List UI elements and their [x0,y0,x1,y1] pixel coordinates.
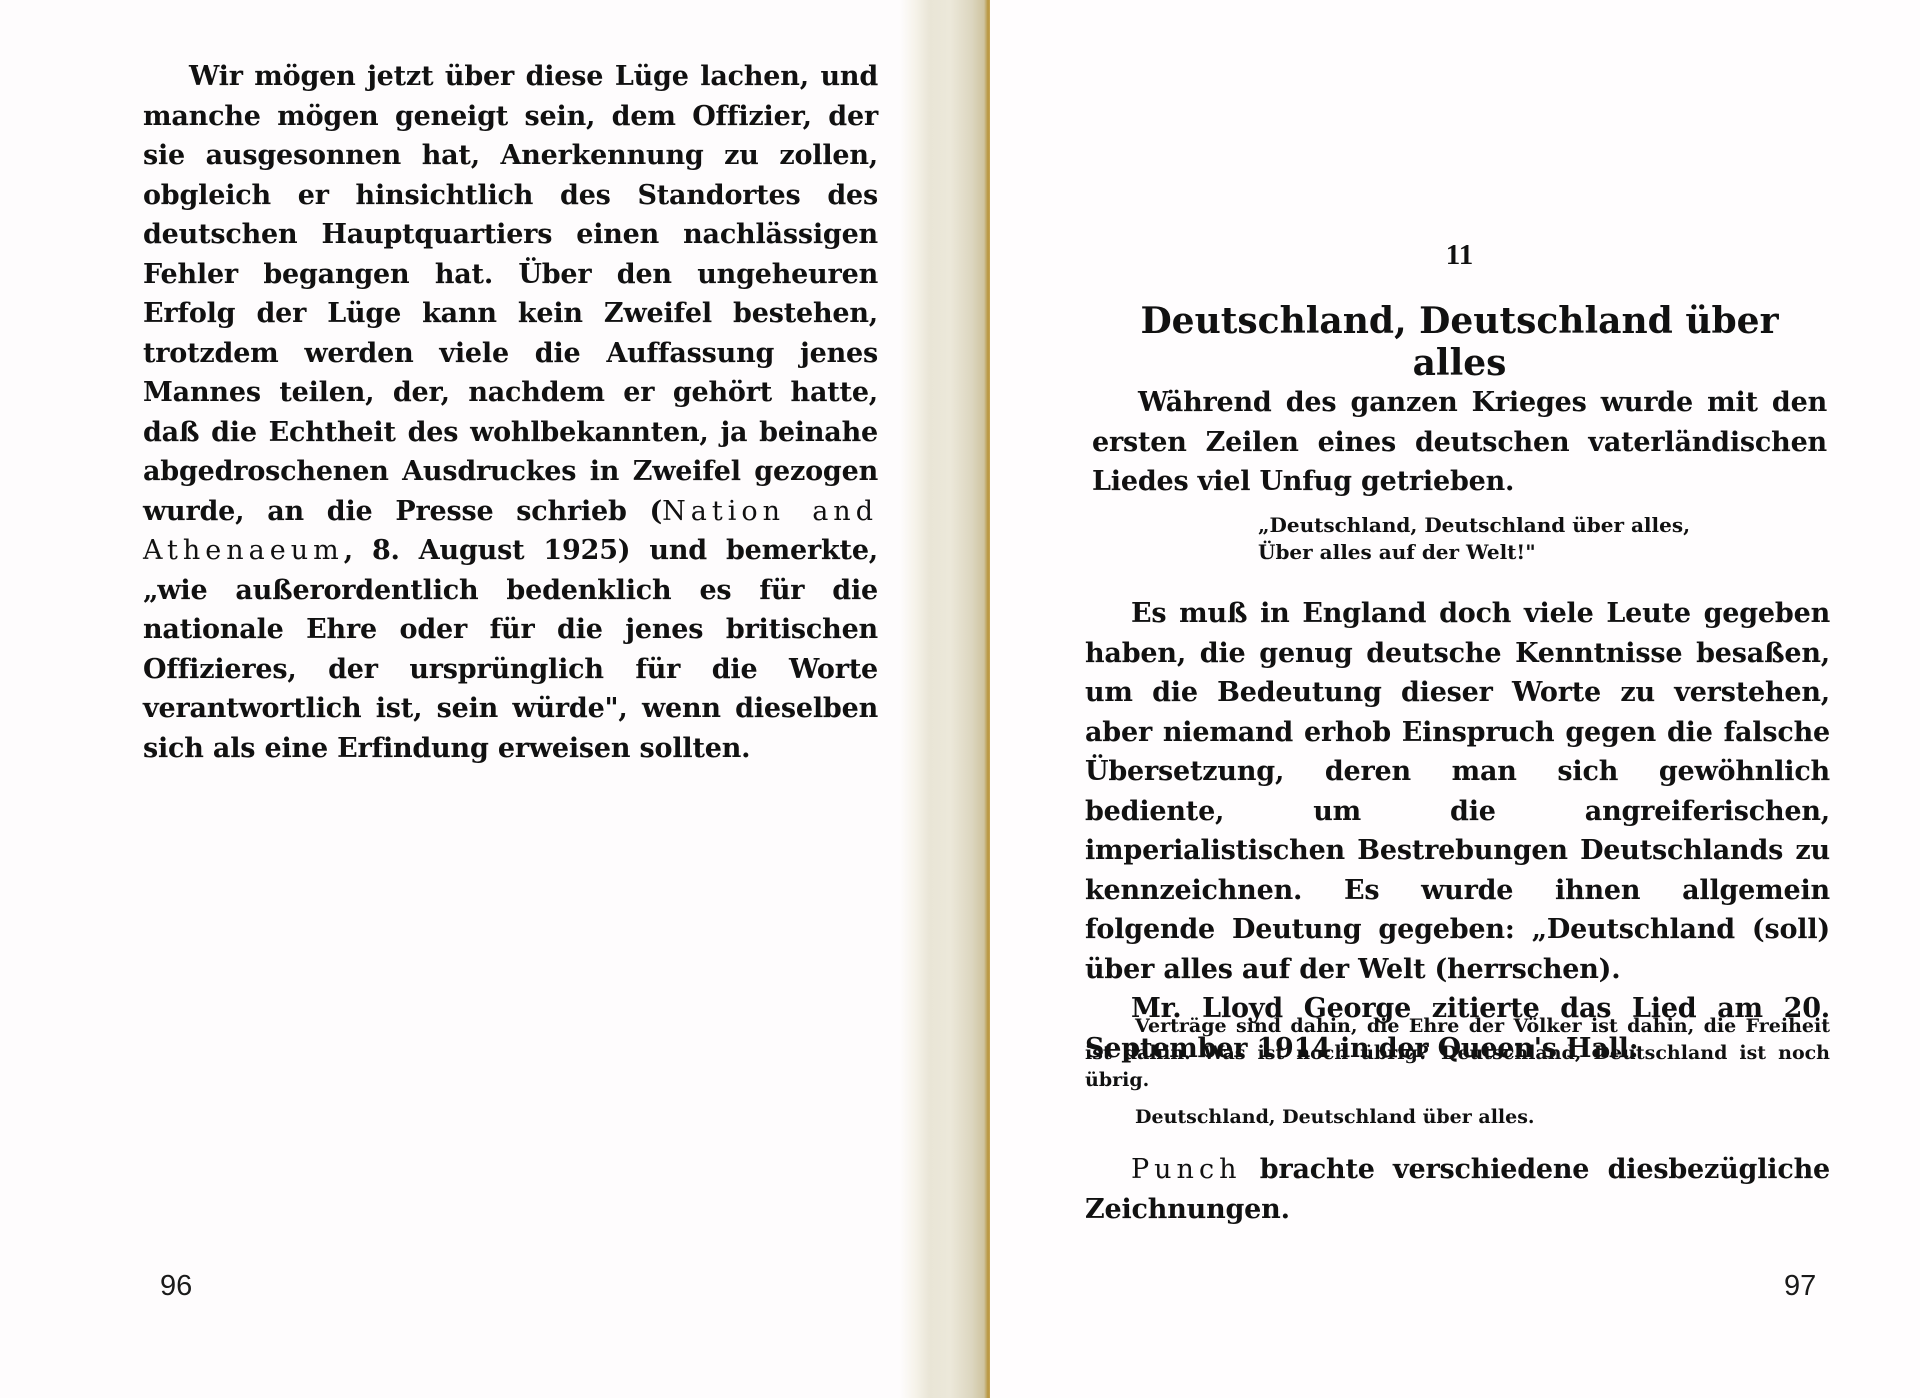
left-page-body: Wir mögen jetzt über diese Lüge lachen, … [143,57,878,768]
paragraph: Es muß in England doch viele Leute gegeb… [1085,594,1830,989]
book-spine [900,0,1000,1398]
publication-name: Punch [1131,1154,1241,1185]
page-number-right: 97 [1784,1270,1816,1303]
block-quote: Verträge sind dahin, die Ehre der Völker… [1085,1013,1830,1131]
paragraph: Punch brachte verschiedene diesbezüglich… [1085,1150,1830,1229]
left-page: Wir mögen jetzt über diese Lüge lachen, … [0,0,930,1398]
verse-line: Über alles auf der Welt!" [1258,539,1690,566]
paragraph: Wir mögen jetzt über diese Lüge lachen, … [143,57,878,768]
body-paragraphs: Es muß in England doch viele Leute gegeb… [1085,594,1830,1068]
quote-text: Verträge sind dahin, die Ehre der Völker… [1085,1013,1830,1094]
verse-line: „Deutschland, Deutschland über alles, [1258,512,1690,539]
chapter-title: Deutschland, Deutschland über alles [1092,300,1827,384]
quote-closing: Deutschland, Deutschland über alles. [1085,1104,1830,1131]
paragraph-text: Wir mögen jetzt über diese Lüge lachen, … [143,61,878,527]
page-number-left: 96 [160,1270,192,1303]
intro-paragraph-block: Während des ganzen Krieges wurde mit den… [1092,383,1827,502]
chapter-number: 11 [1092,239,1827,272]
closing-paragraph-block: Punch brachte verschiedene diesbezüglich… [1085,1150,1830,1229]
paragraph-text: , 8. August 1925) und bemerkte, „wie auß… [143,535,878,764]
song-verse: „Deutschland, Deutschland über alles, Üb… [1258,512,1690,566]
intro-paragraph: Während des ganzen Krieges wurde mit den… [1092,383,1827,502]
